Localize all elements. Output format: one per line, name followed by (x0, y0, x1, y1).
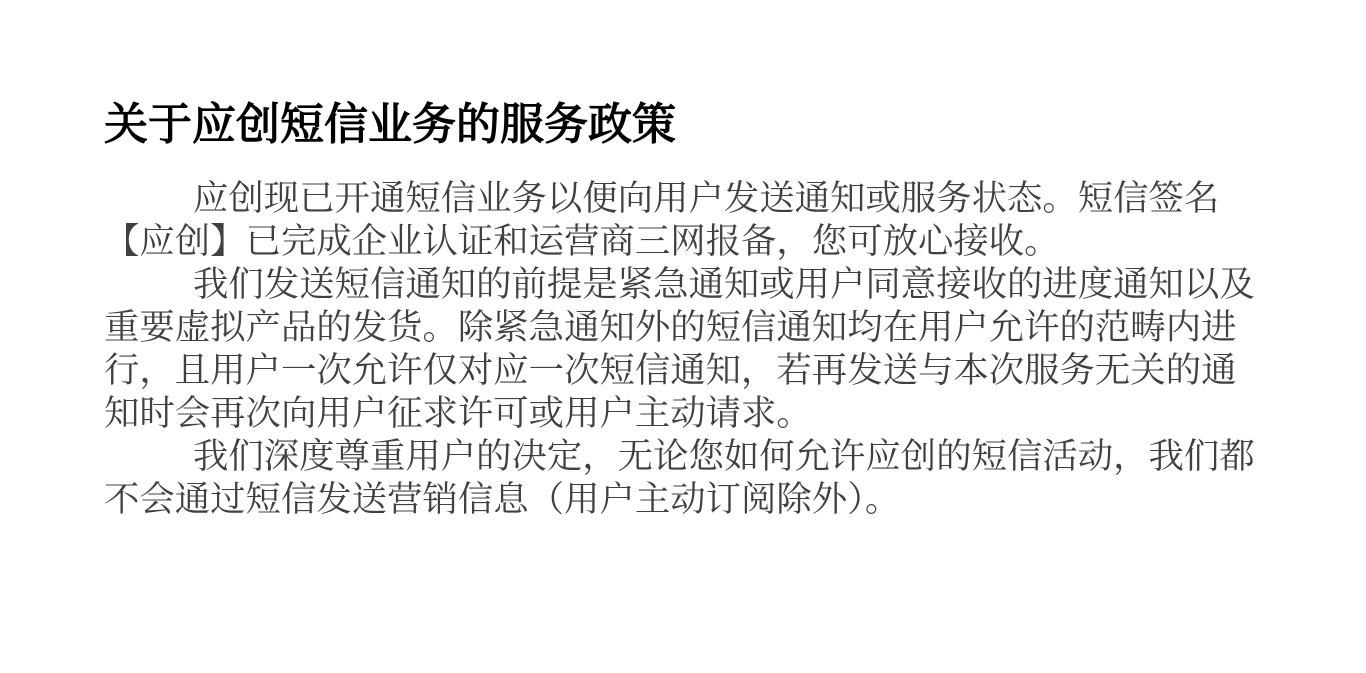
page-title: 关于应创短信业务的服务政策 (104, 99, 1264, 151)
paragraph-notification-conditions: 我们发送短信通知的前提是紧急通知或用户同意接收的进度通知以及重要虚拟产品的发货。… (104, 263, 1264, 435)
paragraph-no-marketing: 我们深度尊重用户的决定，无论您如何允许应创的短信活动，我们都不会通过短信发送营销… (104, 435, 1264, 521)
policy-article: 关于应创短信业务的服务政策 应创现已开通短信业务以便向用户发送通知或服务状态。短… (104, 99, 1264, 521)
article-body: 应创现已开通短信业务以便向用户发送通知或服务状态。短信签名【应创】已完成企业认证… (104, 177, 1264, 521)
paragraph-sms-service-intro: 应创现已开通短信业务以便向用户发送通知或服务状态。短信签名【应创】已完成企业认证… (104, 177, 1264, 263)
